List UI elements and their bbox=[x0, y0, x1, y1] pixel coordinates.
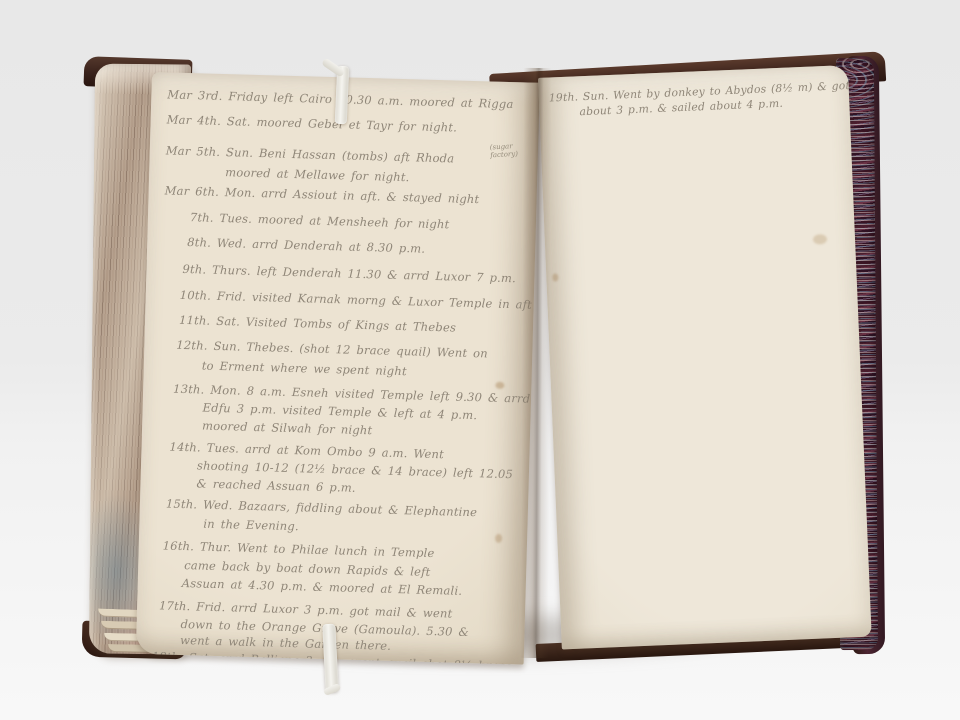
diary-entry-line: & reached Assuan 6 p.m. bbox=[196, 477, 522, 499]
diary-entry-line: to Erment where we spent night bbox=[202, 360, 526, 382]
diary-entry-line: moored at Silwah for night bbox=[202, 420, 524, 442]
left-page-text-block: Mar 3rd. Friday left Cairo 10.30 a.m. mo… bbox=[151, 82, 533, 664]
diary-entry-line: 7th. Tues. moored at Mensheeh for night bbox=[190, 211, 530, 233]
diary-entry-line: Mar 6th. Mon. arrd Assiout in aft. & sta… bbox=[165, 184, 531, 207]
left-diary-page: (sugar factory) Mar 3rd. Friday left Cai… bbox=[136, 72, 540, 665]
diary-entry-line: 11th. Sat. Visited Tombs of Kings at The… bbox=[179, 314, 527, 337]
diary-entry-line: Mar 3rd. Friday left Cairo 10.30 a.m. mo… bbox=[167, 88, 533, 111]
diary-entry-line: 8th. Wed. arrd Denderah at 8.30 p.m. bbox=[187, 236, 529, 259]
diary-photograph: (sugar factory) Mar 3rd. Friday left Cai… bbox=[0, 0, 960, 720]
diary-entry-line: moored at Mellawe for night. bbox=[225, 166, 531, 188]
diary-entry-line: in the Evening. bbox=[203, 518, 521, 540]
page-gutter-shadow bbox=[520, 68, 551, 658]
diary-entry-line: Mar 5th. Sun. Beni Hassan (tombs) aft Rh… bbox=[166, 144, 532, 167]
diary-entry-line: Mar 4th. Sat. moored Gebel et Tayr for n… bbox=[166, 113, 532, 136]
right-page-text-block: 19th. Sun. Went by donkey to Abydos (8½ … bbox=[548, 75, 843, 119]
diary-entry-line: 10th. Frid. visited Karnak morng & Luxor… bbox=[180, 289, 528, 312]
diary-entry-line: 12th. Sun. Thebes. (shot 12 brace quail)… bbox=[176, 339, 526, 362]
right-diary-page: 19th. Sun. Went by donkey to Abydos (8½ … bbox=[538, 65, 872, 649]
foxing-stain bbox=[552, 273, 558, 281]
diary-entry-line: Assuan at 4.30 p.m. & moored at El Remal… bbox=[182, 577, 520, 599]
diary-entry-line: 9th. Thurs. left Denderah 11.30 & arrd L… bbox=[182, 263, 528, 286]
page-restraint-strap-top bbox=[335, 66, 350, 124]
foxing-stain bbox=[813, 234, 827, 245]
